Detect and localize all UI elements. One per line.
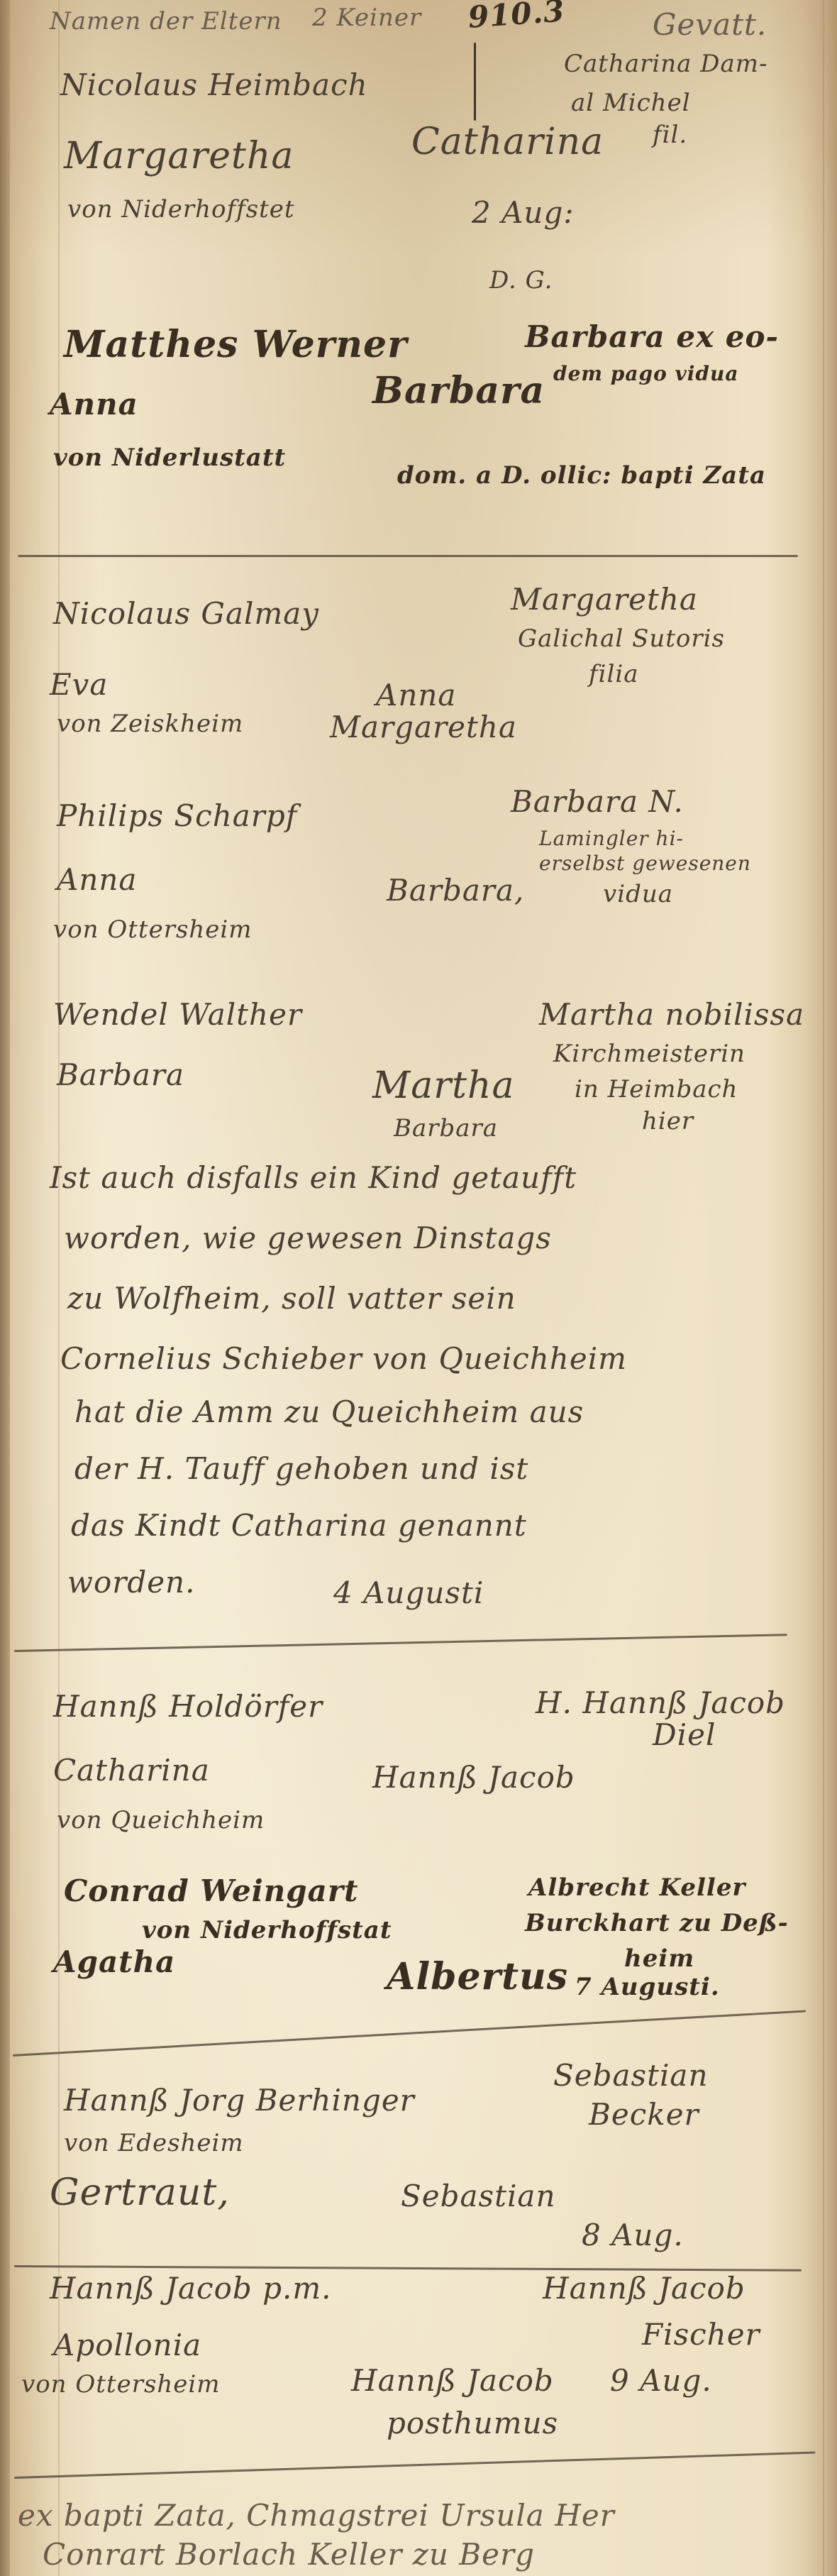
entry-10-child-line: Hannß Jacob [351, 2363, 554, 2398]
entry-1-origin: von Niderhoffstet [67, 195, 295, 224]
entry-6-narrative-line: das Kindt Catharina genannt [71, 1508, 527, 1543]
header-col-godparents: Gevatt. [653, 7, 767, 42]
entry-8-origin: von Niderhoffstat [142, 1916, 392, 1944]
entry-divider-line [14, 1634, 787, 1652]
entry-5-child-line: Barbara [394, 1114, 498, 1143]
entry-2-godparent-line: Barbara ex eo- [525, 319, 779, 354]
entry-8-date: 7 Augusti. [575, 1973, 720, 2001]
entry-8-godparent-line: Albrecht Keller [528, 1873, 745, 1902]
entry-7-godparent-line: H. Hannß Jacob [536, 1685, 785, 1720]
entry-10-child-line: posthumus [387, 2406, 558, 2440]
entry-9-child: Sebastian [401, 2179, 556, 2213]
entry-3-father: Nicolaus Galmay [53, 596, 319, 631]
entry-7-godparent-line: Diel [653, 1717, 716, 1752]
entry-4-child: Barbara, [387, 873, 524, 908]
entry-11-narrative-line: Conrart Borlach Keller zu Berg [43, 2537, 535, 2572]
entry-9-date: 8 Aug. [582, 2218, 684, 2252]
entry-10-mother: Apollonia [53, 2328, 201, 2362]
entry-8-mother: Agatha [53, 1944, 175, 1979]
entry-9-mother: Gertraut, [50, 2172, 230, 2214]
entry-2-marker: D. G. [489, 266, 553, 295]
entry-3-origin: von Zeiskheim [57, 710, 243, 738]
entry-9-origin: von Edesheim [64, 2129, 244, 2157]
entry-10-origin: von Ottersheim [21, 2370, 221, 2399]
entry-9-father: Hannß Jorg Berhinger [64, 2083, 415, 2118]
entry-6-narrative-line: zu Wolfheim, soll vatter sein [67, 1281, 516, 1316]
entry-3-godparent-line: Margaretha [511, 582, 698, 617]
entry-10-date: 9 Aug. [610, 2363, 712, 2398]
entry-4-godparent-line: Lamingler hi- [539, 827, 684, 850]
entry-10-godparent-line: Hannß Jacob [543, 2271, 745, 2306]
entry-2-note: dom. a D. ollic: bapti Zata [397, 461, 766, 490]
entry-6-narrative-line: der H. Tauff gehoben und ist [74, 1451, 528, 1486]
entry-4-godparent-line: vidua [603, 880, 673, 908]
entry-6-narrative-line: worden. [67, 1565, 195, 1600]
entry-3-godparent-line: filia [589, 660, 638, 688]
entry-8-godparent-line: heim [624, 1944, 694, 1973]
entry-4-godparent-line: Barbara N. [511, 784, 684, 819]
manuscript-page: Namen der Eltern 2 Keiner 910.3 Gevatt. … [0, 0, 837, 2576]
entry-6-narrative-line: Ist auch disfalls ein Kind getaufft [50, 1160, 577, 1195]
entry-5-father: Wendel Walther [53, 997, 302, 1032]
entry-10-godparent-line: Fischer [642, 2317, 760, 2352]
entry-5-godparent-line: in Heimbach [575, 1075, 738, 1103]
page-right-edge [823, 0, 824, 2576]
entry-3-godparent-line: Galichal Sutoris [518, 624, 725, 653]
entry-5-child-line: Martha [372, 1064, 515, 1107]
entry-5-mother: Barbara [57, 1057, 184, 1092]
entry-1-godparent-line: fil. [653, 121, 687, 149]
entry-7-child: Hannß Jacob [372, 1760, 575, 1795]
entry-1-godparent-line: al Michel [571, 89, 691, 117]
entry-3-mother: Eva [50, 667, 108, 702]
entry-2-child: Barbara [372, 369, 545, 412]
entry-divider-line [14, 2452, 816, 2479]
book-binding-edge [0, 0, 10, 2576]
entry-1-child: Catharina [411, 121, 604, 163]
entry-6-date: 4 Augusti [333, 1575, 484, 1610]
entry-4-origin: von Ottersheim [53, 915, 253, 944]
entry-6-narrative-line: hat die Amm zu Queichheim aus [74, 1394, 584, 1429]
entry-divider-line [13, 2010, 806, 2057]
entry-2-godparent-line: dem pago vidua [553, 362, 738, 385]
entry-1-date: 2 Aug: [472, 195, 575, 230]
entry-2-origin: von Niderlustatt [53, 444, 286, 472]
entry-5-godparent-line: Kirchmeisterin [553, 1040, 745, 1068]
header-col-date: 2 Keiner [312, 4, 421, 32]
entry-7-mother: Catharina [53, 1753, 210, 1788]
column-divider-mark [474, 43, 476, 121]
entry-4-mother: Anna [57, 862, 137, 897]
entry-8-father: Conrad Weingart [64, 1873, 358, 1908]
entry-8-godparent-line: Burckhart zu Deß- [525, 1909, 789, 1937]
entry-10-father: Hannß Jacob p.m. [50, 2271, 332, 2306]
entry-3-child-line: Anna [376, 678, 456, 712]
entry-7-father: Hannß Holdörfer [53, 1689, 323, 1724]
entry-3-child-line: Margaretha [330, 710, 517, 744]
entry-9-godparent-line: Sebastian [553, 2058, 709, 2093]
entry-4-father: Philips Scharpf [57, 798, 297, 833]
entry-divider-line [18, 555, 798, 557]
entry-1-mother: Margaretha [64, 135, 294, 177]
entry-6-narrative-line: Cornelius Schieber von Queichheim [60, 1341, 627, 1376]
entry-2-mother: Anna [50, 387, 138, 422]
entry-11-narrative-line: ex bapti Zata, Chmagstrei Ursula Her [18, 2498, 615, 2533]
header-col-parents: Namen der Eltern [50, 7, 282, 35]
entry-2-father: Matthes Werner [64, 323, 408, 366]
entry-6-narrative-line: worden, wie gewesen Dinstags [64, 1221, 552, 1255]
entry-9-godparent-line: Becker [589, 2097, 699, 2132]
entry-1-father: Nicolaus Heimbach [60, 67, 368, 102]
entry-5-godparent-line: Martha nobilissa [539, 997, 804, 1032]
entry-5-godparent-line: hier [642, 1107, 694, 1135]
entry-4-godparent-line: erselbst gewesenen [539, 852, 751, 875]
entry-8-child: Albertus [387, 1955, 568, 1998]
entry-1-godparent-line: Catharina Dam- [564, 50, 767, 78]
entry-7-origin: von Queichheim [57, 1806, 265, 1834]
